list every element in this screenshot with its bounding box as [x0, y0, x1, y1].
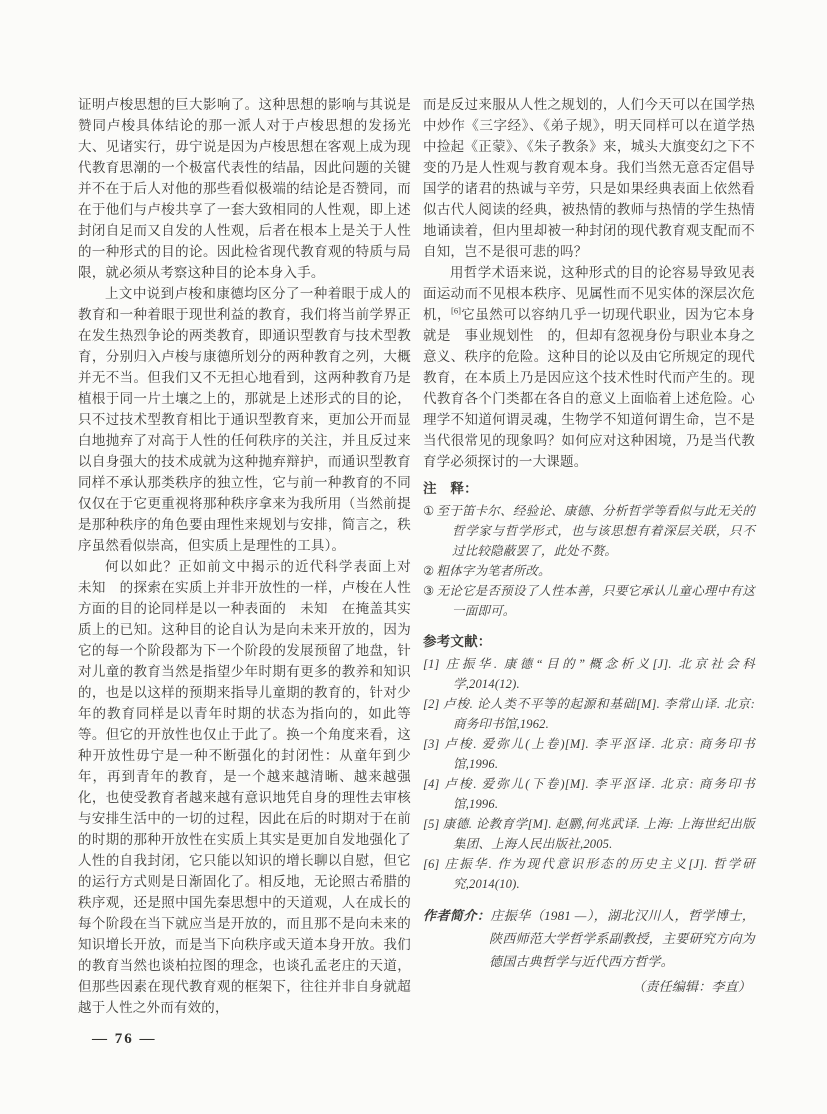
note-text: 无论它是否预设了人性本善，只要它承认儿童心理中有这一面即可。: [436, 584, 755, 618]
left-column: 证明卢梭思想的巨大影响了。这种思想的影响与其说是赞同卢梭具体结论的那一派人对于卢…: [78, 94, 411, 1018]
paragraph-text: 它虽然可以容纳几乎一切现代职业，因为它本身就是 事业规划性 的，但却有忽视身份与…: [423, 307, 755, 469]
notes-header: 注 释：: [423, 478, 755, 499]
note-item: ③无论它是否预设了人性本善，只要它承认儿童心理中有这一面即可。: [423, 581, 755, 621]
footnote-ref-marker: [6]: [451, 306, 461, 316]
author-bio-label: 作者简介：: [423, 908, 490, 923]
references-section: 参考文献： [1]庄振华. 康德“目的”概念析义[J]. 北京社会科学,2014…: [423, 631, 755, 894]
references-header: 参考文献：: [423, 631, 755, 652]
paragraph: 用哲学术语来说，这种形式的目的论容易导致见表面运动而不见根本秩序、见属性而不见实…: [423, 262, 755, 472]
reference-text: 卢梭. 爱弥儿(上卷)[M]. 李平沤译. 北京: 商务印书馆,1996.: [443, 737, 755, 771]
notes-section: 注 释： ①至于笛卡尔、经验论、康德、分析哲学等看似与此无关的哲学家与哲学形式，…: [423, 478, 755, 621]
author-section: 作者简介：庄振华（1981 —），湖北汉川人，哲学博士，陕西师范大学哲学系副教授…: [423, 904, 755, 998]
reference-item: [3]卢梭. 爱弥儿(上卷)[M]. 李平沤译. 北京: 商务印书馆,1996.: [423, 734, 755, 774]
reference-text: 庄振华. 康德“目的”概念析义[J]. 北京社会科学,2014(12).: [443, 657, 755, 691]
note-marker: ①: [423, 504, 434, 518]
reference-text: 卢梭. 论人类不平等的起源和基础[M]. 李常山译. 北京: 商务印书馆,196…: [443, 697, 755, 731]
note-marker: ③: [423, 584, 434, 598]
reference-label: [5]: [423, 817, 440, 831]
note-item: ①至于笛卡尔、经验论、康德、分析哲学等看似与此无关的哲学家与哲学形式，也与该思想…: [423, 501, 755, 561]
reference-text: 康德. 论教育学[M]. 赵鹏,何兆武译. 上海: 上海世纪出版集团、上海人民出…: [443, 817, 755, 851]
reference-label: [2]: [423, 697, 440, 711]
responsible-editor: （责任编辑：李直）: [423, 975, 755, 998]
reference-text: 卢梭. 爱弥儿(下卷)[M]. 李平沤译. 北京: 商务印书馆,1996.: [443, 777, 755, 811]
author-bio: 作者简介：庄振华（1981 —），湖北汉川人，哲学博士，陕西师范大学哲学系副教授…: [423, 904, 755, 973]
paragraph: 上文中说到卢梭和康德均区分了一种着眼于成人的教育和一种着眼于现世利益的教育，我们…: [78, 283, 411, 556]
paragraph: 何以如此？正如前文中揭示的近代科学表面上对 未知 的探索在实质上并非开放性的一样…: [78, 556, 411, 1018]
reference-label: [3]: [423, 737, 440, 751]
paragraph-continuation: 而是反过来服从人性之规划的，人们今天可以在国学热中炒作《三字经》、《弟子规》，明…: [423, 94, 755, 262]
reference-text: 庄振华. 作为现代意识形态的历史主义[J]. 哲学研究,2014(10).: [443, 857, 755, 891]
note-marker: ②: [423, 564, 434, 578]
reference-item: [1]庄振华. 康德“目的”概念析义[J]. 北京社会科学,2014(12).: [423, 654, 755, 694]
paragraph-continuation: 证明卢梭思想的巨大影响了。这种思想的影响与其说是赞同卢梭具体结论的那一派人对于卢…: [78, 94, 411, 283]
author-bio-text: 庄振华（1981 —），湖北汉川人，哲学博士，陕西师范大学哲学系副教授，主要研究…: [489, 908, 755, 969]
note-text: 至于笛卡尔、经验论、康德、分析哲学等看似与此无关的哲学家与哲学形式，也与该思想有…: [436, 504, 755, 558]
reference-item: [6]庄振华. 作为现代意识形态的历史主义[J]. 哲学研究,2014(10).: [423, 854, 755, 894]
note-item: ②粗体字为笔者所改。: [423, 561, 755, 581]
reference-label: [1]: [423, 657, 440, 671]
reference-item: [2]卢梭. 论人类不平等的起源和基础[M]. 李常山译. 北京: 商务印书馆,…: [423, 694, 755, 734]
reference-item: [4]卢梭. 爱弥儿(下卷)[M]. 李平沤译. 北京: 商务印书馆,1996.: [423, 774, 755, 814]
reference-item: [5]康德. 论教育学[M]. 赵鹏,何兆武译. 上海: 上海世纪出版集团、上海…: [423, 814, 755, 854]
reference-label: [4]: [423, 777, 440, 791]
right-column: 而是反过来服从人性之规划的，人们今天可以在国学热中炒作《三字经》、《弟子规》，明…: [423, 94, 755, 998]
journal-page: 证明卢梭思想的巨大影响了。这种思想的影响与其说是赞同卢梭具体结论的那一派人对于卢…: [0, 0, 827, 1114]
reference-label: [6]: [423, 857, 440, 871]
page-number: — 76 —: [92, 1031, 157, 1048]
note-text: 粗体字为笔者所改。: [436, 564, 550, 578]
